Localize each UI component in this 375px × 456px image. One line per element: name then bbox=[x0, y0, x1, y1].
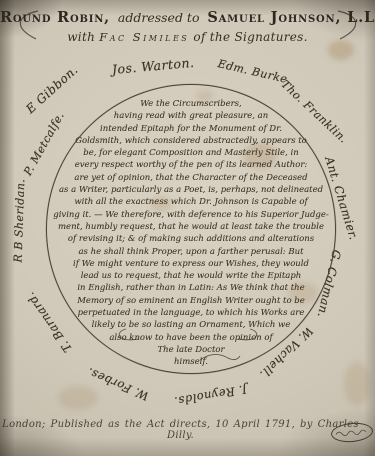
engraver-squiggle-icon bbox=[334, 426, 369, 439]
document-page: Round Robin, addressed to Samuel Johnson… bbox=[0, 0, 375, 456]
signature-sheridan: R B Sheridan. bbox=[12, 178, 28, 262]
petition-text: We the Circumscribers, having read with … bbox=[47, 85, 335, 373]
signature-burke: Edm. Burke. bbox=[217, 57, 293, 87]
flourish-doctor-right-icon bbox=[236, 326, 264, 344]
document-header: Round Robin, addressed to Samuel Johnson… bbox=[0, 9, 375, 44]
title-caps-round-robin: Round Robin, bbox=[0, 9, 110, 26]
signature-reynolds: J. Reynolds. bbox=[173, 382, 248, 409]
title-script-addressed-to: addressed to bbox=[118, 10, 200, 25]
subtitle-of-signatures: of the Signatures. bbox=[193, 30, 307, 44]
foxing-stain bbox=[344, 362, 370, 406]
foxing-stain bbox=[58, 386, 98, 410]
flourish-himself-icon bbox=[198, 352, 242, 364]
flourish-doctor-left-icon bbox=[112, 326, 140, 344]
subtitle-fac-similes: Fac Similes bbox=[99, 30, 189, 44]
imprint-line: London; Published as the Act directs, 10… bbox=[0, 419, 361, 441]
page-subtitle: with Fac Similes of the Signatures. bbox=[0, 30, 375, 44]
signature-warton: Jos. Warton. bbox=[111, 55, 195, 77]
subtitle-with: with bbox=[67, 30, 95, 44]
title-caps-samuel-johnson: Samuel Johnson, L.L.D. bbox=[207, 9, 375, 26]
petition-circle: We the Circumscribers, having read with … bbox=[46, 84, 336, 374]
page-title: Round Robin, addressed to Samuel Johnson… bbox=[0, 9, 375, 26]
